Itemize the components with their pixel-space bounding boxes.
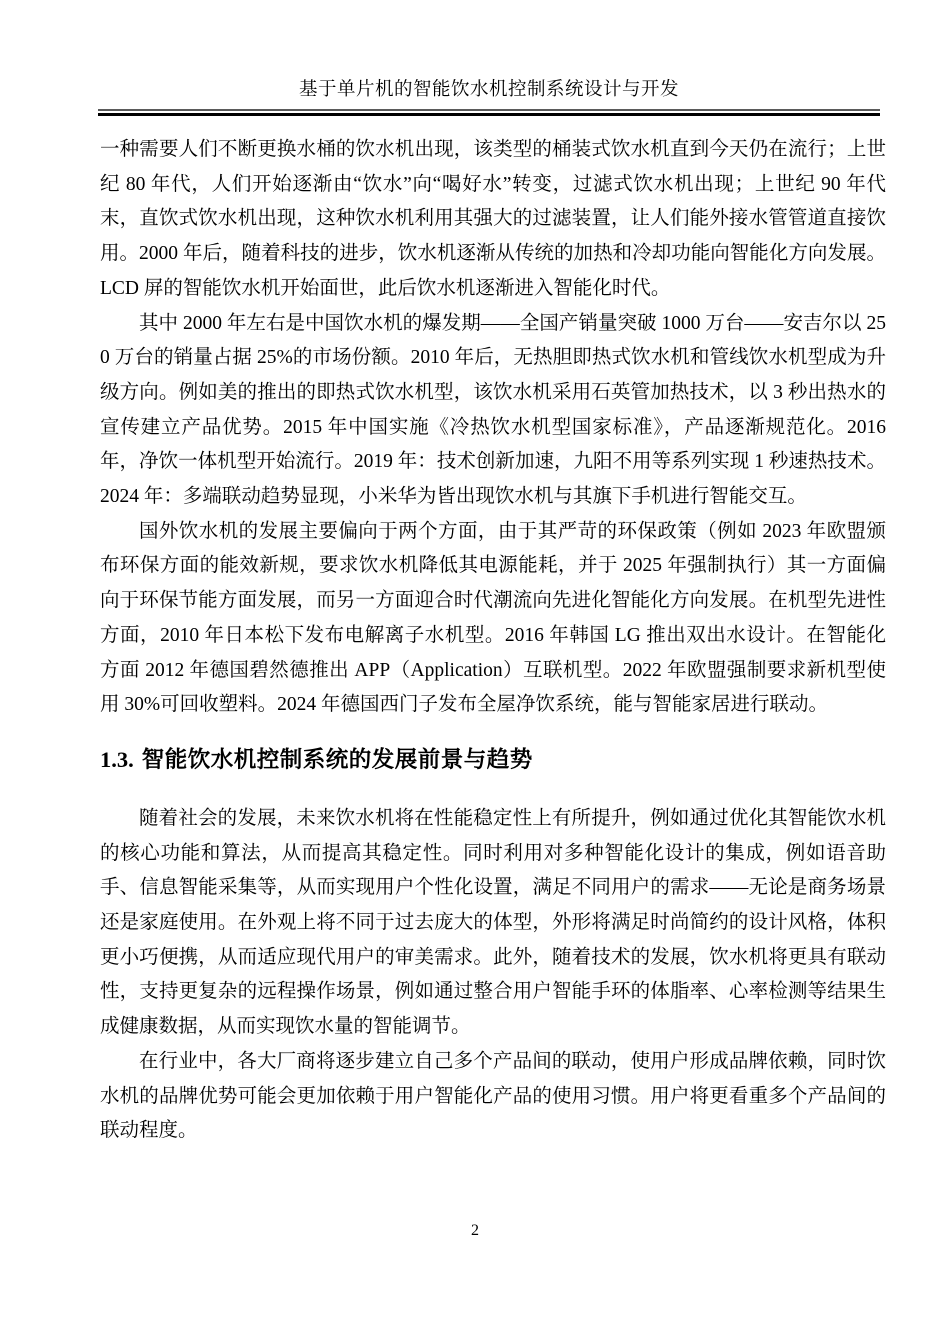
paragraph-industry-linkage: 在行业中，各大厂商将逐步建立自己多个产品间的联动，使用户形成品牌依赖，同时饮水机… xyxy=(100,1045,886,1149)
page-footer: 2 xyxy=(0,1221,950,1241)
page-header: 基于单片机的智能饮水机控制系统设计与开发 xyxy=(98,78,880,116)
header-rule xyxy=(98,109,880,116)
paragraph-overseas-development: 国外饮水机的发展主要偏向于两个方面，由于其严苛的环保政策（例如 2023 年欧盟… xyxy=(100,515,886,723)
document-body: 一种需要人们不断更换水桶的饮水机出现，该类型的桶装式饮水机直到今天仍在流行；上世… xyxy=(100,133,886,1149)
section-heading: 1.3.智能饮水机控制系统的发展前景与趋势 xyxy=(100,744,886,776)
header-title: 基于单片机的智能饮水机控制系统设计与开发 xyxy=(98,78,880,102)
document-page: 基于单片机的智能饮水机控制系统设计与开发 一种需要人们不断更换水桶的饮水机出现，… xyxy=(0,0,950,1344)
paragraph-china-market: 其中 2000 年左右是中国饮水机的爆发期——全国产销量突破 1000 万台——… xyxy=(100,307,886,515)
section-title: 智能饮水机控制系统的发展前景与趋势 xyxy=(142,747,533,772)
section-number: 1.3. xyxy=(100,747,134,772)
page-number: 2 xyxy=(471,1222,479,1239)
paragraph-future-trends: 随着社会的发展，未来饮水机将在性能稳定性上有所提升，例如通过优化其智能饮水机的核… xyxy=(100,802,886,1045)
paragraph-history-continued: 一种需要人们不断更换水桶的饮水机出现，该类型的桶装式饮水机直到今天仍在流行；上世… xyxy=(100,133,886,307)
